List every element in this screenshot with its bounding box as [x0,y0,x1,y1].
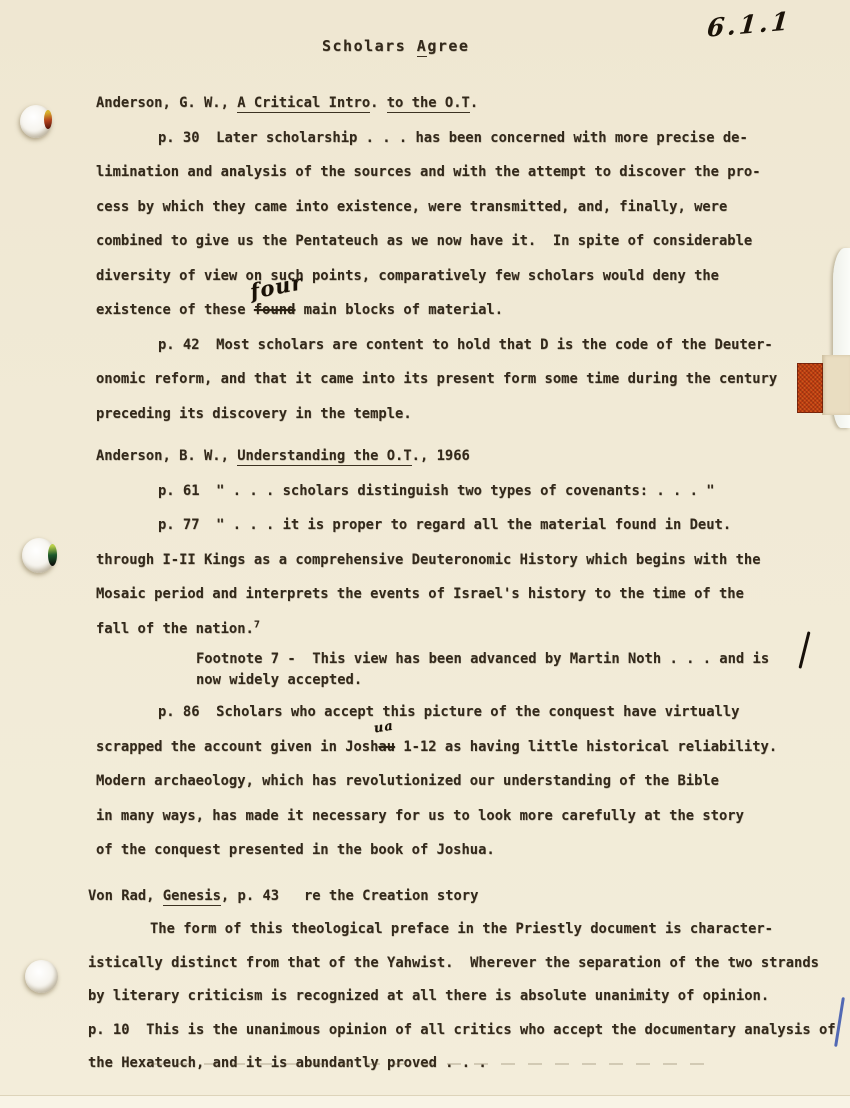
text-line: of the conquest presented in the book of… [96,833,850,868]
document-page: 6.1.1 Scholars Agree Anderson, G. W., A … [0,0,850,1108]
bibliography-heading: Anderson, B. W., Understanding the O.T.,… [96,439,850,474]
text-line: p. 86 Scholars who accept this picture o… [96,695,850,730]
text-line: Modern archaeology, which has revolution… [96,764,850,799]
section-anderson-gw: Anderson, G. W., A Critical Intro. to th… [96,86,850,431]
text-line: combined to give us the Pentateuch as we… [96,224,850,259]
page-title: Scholars Agree [322,34,850,58]
text-line: p. 30 Later scholarship . . . has been c… [96,121,850,156]
title-text: gree [427,37,469,55]
text-line: istically distinct from that of the Yahw… [88,947,850,981]
bibliography-heading: Anderson, G. W., A Critical Intro. to th… [96,86,850,121]
section-anderson-bw: Anderson, B. W., Understanding the O.T.,… [96,439,850,868]
title-underlined-letter: A [417,37,428,57]
text-line: p. 77 " . . . it is proper to regard all… [96,508,850,543]
hole-punch-top [20,105,52,138]
text-line: by literary criticism is recognized at a… [88,980,850,1014]
red-fabric-tab [797,363,823,413]
text-line: p. 61 " . . . scholars distinguish two t… [96,474,850,509]
title-text: Scholars [322,37,417,55]
text-line: Mosaic period and interprets the events … [96,577,850,612]
text-line: in many ways, has made it necessary for … [96,799,850,834]
page-bottom-edge [0,1095,850,1108]
text-line-with-correction: existence of these foundfour main blocks… [96,293,850,328]
text-line: The form of this theological preface in … [88,913,850,947]
hole-punch-middle [22,538,56,573]
crease-line [150,1063,710,1065]
hole-punch-bottom [25,960,58,993]
text-line: diversity of view on such points, compar… [96,259,850,294]
tape-strip [822,355,850,415]
hole-punch-edge-color [48,544,57,566]
text-line-with-correction: scrapped the account given in Joshauua 1… [96,730,850,765]
text-line: p. 42 Most scholars are content to hold … [96,328,850,363]
bibliography-heading: Von Rad, Genesis, p. 43 re the Creation … [88,880,850,914]
typed-content: Scholars Agree Anderson, G. W., A Critic… [96,34,850,1081]
footnote-line: now widely accepted. [96,670,850,691]
text-line: cess by which they came into existence, … [96,190,850,225]
text-line: onomic reform, and that it came into its… [96,362,850,397]
text-line: preceding its discovery in the temple. [96,397,850,432]
text-line: through I-II Kings as a comprehensive De… [96,543,850,578]
footnote-line: Footnote 7 - This view has been advanced… [96,649,850,670]
text-line: p. 10 This is the unanimous opinion of a… [88,1014,850,1048]
footnote-block: Footnote 7 - This view has been advanced… [96,649,850,691]
hole-punch-edge-color [44,110,52,129]
section-von-rad: Von Rad, Genesis, p. 43 re the Creation … [88,880,850,1081]
text-line: limination and analysis of the sources a… [96,155,850,190]
text-line: fall of the nation.7 [96,612,850,647]
